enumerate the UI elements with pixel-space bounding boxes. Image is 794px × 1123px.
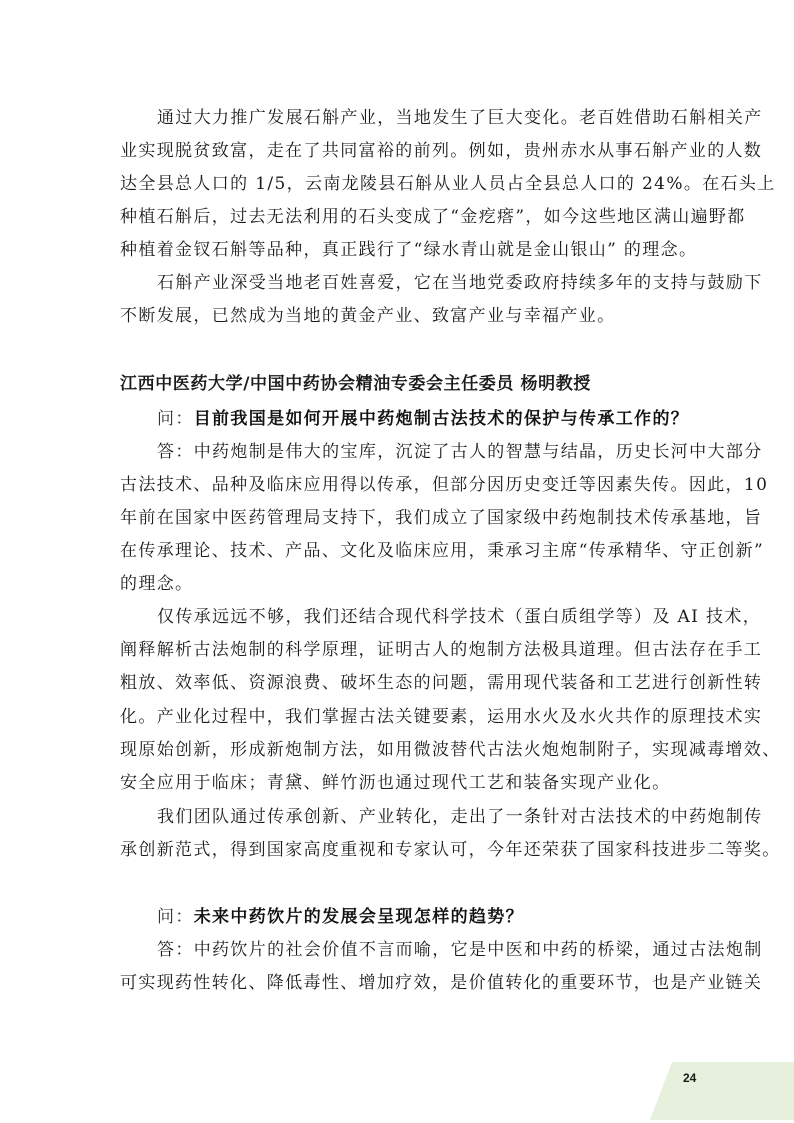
answer-line: 化。产业化过程中，我们掌握古法关键要素，运用水火及水火共作的原理技术实 bbox=[120, 707, 762, 727]
answer-line: 答：中药饮片的社会价值不言而喻，它是中医和中药的桥梁，通过古法炮制 bbox=[157, 940, 763, 960]
answer-line: 阐释解析古法炮制的科学原理，证明古人的炮制方法极具道理。但古法存在手工 bbox=[120, 640, 762, 660]
question-text: 未来中药饮片的发展会呈现怎样的趋势？ bbox=[194, 907, 524, 927]
question-prefix: 问： bbox=[157, 409, 194, 429]
answer-line: 仅传承远远不够，我们还结合现代科学技术（蛋白质组学等）及 AI 技术， bbox=[157, 607, 761, 627]
document-page: 通过大力推广发展石斛产业，当地发生了巨大变化。老百姓借助石斛相关产 业实现脱贫致… bbox=[0, 0, 794, 1123]
paragraph-line: 达全县总人口的 1/5，云南龙陵县石斛从业人员占全县总人口的 24%。在石头上 bbox=[120, 174, 776, 194]
question-1: 问：目前我国是如何开展中药炮制古法技术的保护与传承工作的？ bbox=[157, 409, 689, 429]
paragraph-line: 石斛产业深受当地老百姓喜爱，它在当地党委政府持续多年的支持与鼓励下 bbox=[157, 273, 763, 293]
answer-line: 安全应用于临床；青黛、鲜竹沥也通过现代工艺和装备实现产业化。 bbox=[120, 773, 671, 793]
interviewee-heading: 江西中医药大学/中国中药协会精油专委会主任委员 杨明教授 bbox=[120, 374, 591, 394]
answer-line: 现原始创新，形成新炮制方法，如用微波替代古法火炮炮制附子，实现减毒增效、 bbox=[120, 740, 781, 760]
question-prefix: 问： bbox=[157, 907, 194, 927]
paragraph-line: 业实现脱贫致富，走在了共同富裕的前列。例如，贵州赤水从事石斛产业的人数 bbox=[120, 141, 762, 161]
question-2: 问：未来中药饮片的发展会呈现怎样的趋势？ bbox=[157, 907, 524, 927]
answer-line: 的理念。 bbox=[120, 574, 193, 594]
answer-line: 答：中药炮制是伟大的宝库，沉淀了古人的智慧与结晶，历史长河中大部分 bbox=[157, 442, 763, 462]
paragraph-line: 不断发展，已然成为当地的黄金产业、致富产业与幸福产业。 bbox=[120, 306, 615, 326]
question-text: 目前我国是如何开展中药炮制古法技术的保护与传承工作的？ bbox=[194, 409, 689, 429]
paragraph-line: 种植着金钗石斛等品种，真正践行了“绿水青山就是金山银山” 的理念。 bbox=[120, 240, 697, 260]
page-number-tab bbox=[650, 1062, 794, 1120]
paragraph-line: 种植石斛后，过去无法利用的石头变成了“金疙瘩”，如今这些地区满山遍野都 bbox=[120, 207, 746, 227]
answer-line: 我们团队通过传承创新、产业转化，走出了一条针对古法技术的中药炮制传 bbox=[157, 807, 763, 827]
answer-line: 承创新范式，得到国家高度重视和专家认可，今年还荣获了国家科技进步二等奖。 bbox=[120, 840, 781, 860]
page-number: 24 bbox=[683, 1071, 696, 1085]
paragraph-line: 通过大力推广发展石斛产业，当地发生了巨大变化。老百姓借助石斛相关产 bbox=[157, 108, 763, 128]
answer-line: 年前在国家中医药管理局支持下，我们成立了国家级中药炮制技术传承基地，旨 bbox=[120, 508, 762, 528]
answer-line: 古法技术、品种及临床应用得以传承，但部分因历史变迁等因素失传。因此，10 bbox=[120, 475, 768, 495]
answer-line: 可实现药性转化、降低毒性、增加疗效，是价值转化的重要环节，也是产业链关 bbox=[120, 973, 762, 993]
answer-line: 在传承理论、技术、产品、文化及临床应用，秉承习主席“传承精华、守正创新” bbox=[120, 541, 764, 561]
answer-line: 粗放、效率低、资源浪费、破坏生态的问题，需用现代装备和工艺进行创新性转 bbox=[120, 673, 762, 693]
